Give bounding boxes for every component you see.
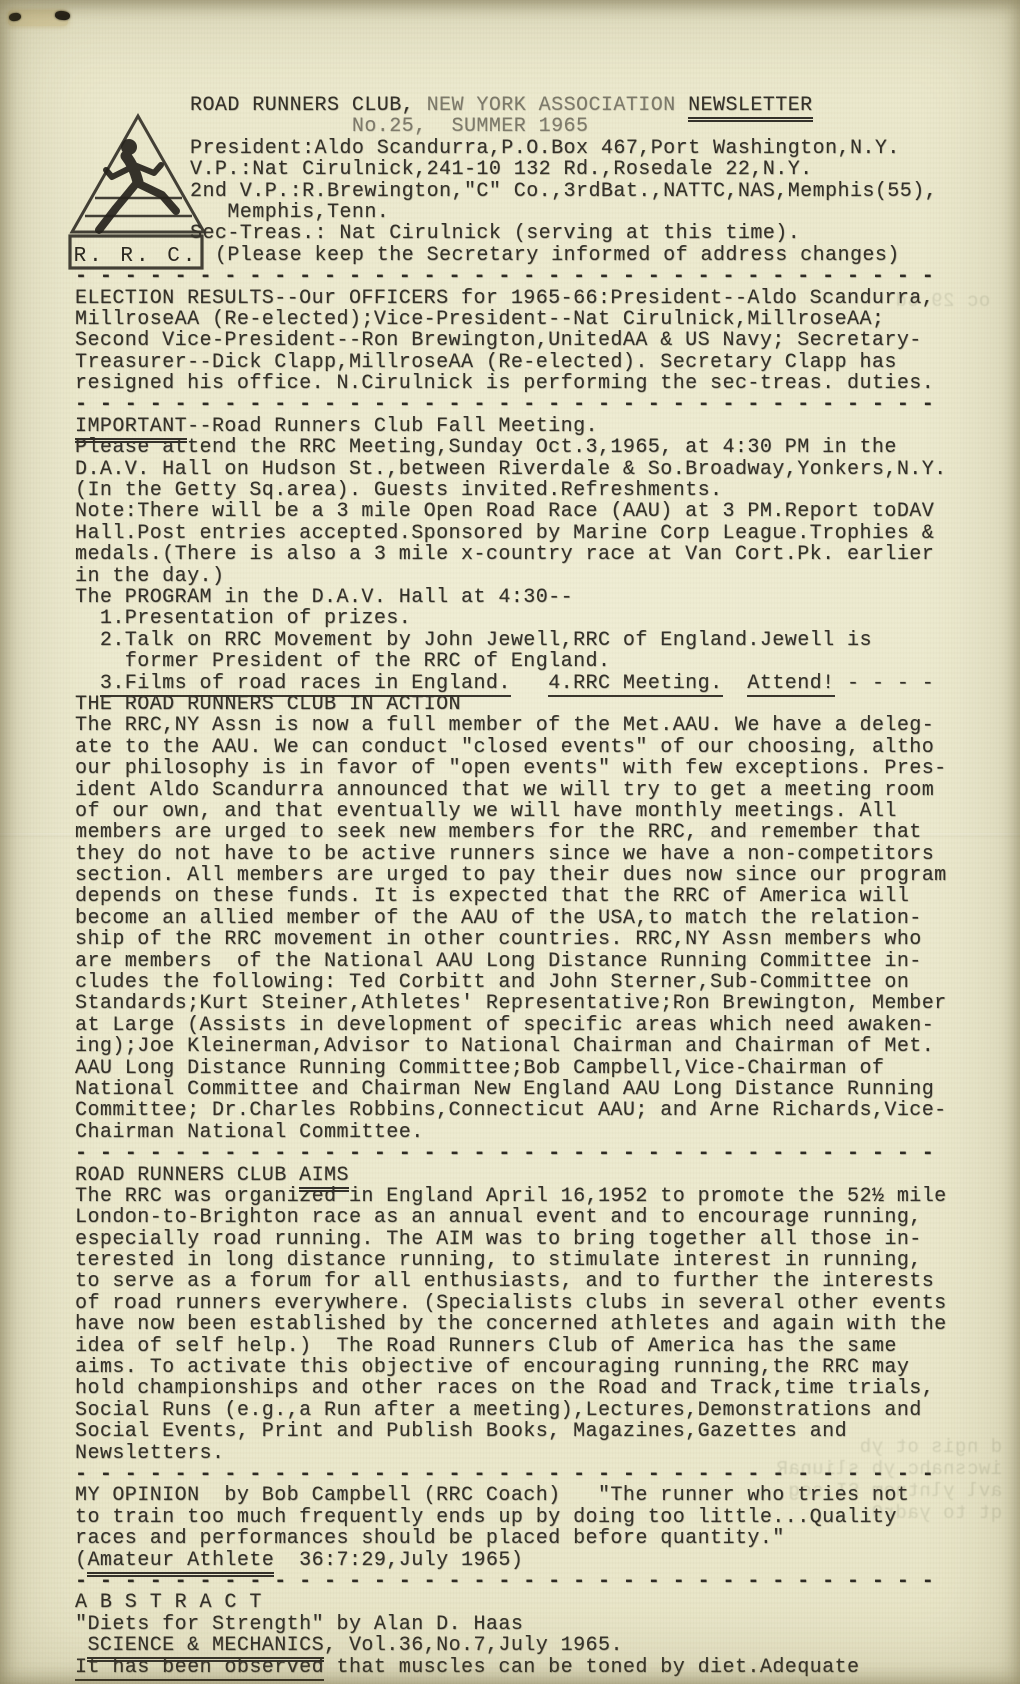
- club-aims-line: hold championships and other races on th…: [75, 1378, 960, 1399]
- club-in-action-line: cludes the following: Ted Corbitt and Jo…: [75, 972, 960, 993]
- fall-meeting-line: Note:There will be a 3 mile Open Road Ra…: [75, 501, 960, 522]
- club-aims-line: especially road running. The AIM was to …: [75, 1229, 960, 1250]
- club-aims-line: Social Runs (e.g.,a Run after a meeting)…: [75, 1400, 960, 1421]
- club-aims-line: The RRC was organized in England April 1…: [75, 1186, 960, 1207]
- club-in-action-line: our philosophy is in favor of "open even…: [75, 758, 960, 779]
- fall-meeting-line: in the day.): [75, 566, 960, 587]
- dashed-separator: - - - - - - - - - - - - - - - - - - - - …: [75, 266, 960, 287]
- club-aims-line: have now been established by the concern…: [75, 1314, 960, 1335]
- club-aims-line: Social Events, Print and Publish Books, …: [75, 1421, 960, 1442]
- club-in-action-line: are members of the National AAU Long Dis…: [75, 951, 960, 972]
- club-in-action-line: of our own, and that eventually we will …: [75, 801, 960, 822]
- my-opinion-line: races and performances should be placed …: [75, 1528, 960, 1549]
- masthead-line: Sec-Treas.: Nat Cirulnick (serving at th…: [190, 223, 960, 244]
- abstract-line: SCIENCE & MECHANICS, Vol.36,No.7,July 19…: [75, 1635, 960, 1656]
- club-in-action-line: THE ROAD RUNNERS CLUB IN ACTION: [75, 694, 960, 715]
- election-results-line: Treasurer--Dick Clapp,MillroseAA (Re-ele…: [75, 352, 960, 373]
- fall-meeting-line: D.A.V. Hall on Hudson St.,between Riverd…: [75, 459, 960, 480]
- club-aims-line: idea of self help.) The Road Runners Clu…: [75, 1336, 960, 1357]
- fall-meeting-line: 3.Films of road races in England. 4.RRC …: [75, 673, 960, 694]
- document-body: ROAD RUNNERS CLUB, NEW YORK ASSOCIATION …: [75, 95, 960, 1678]
- dashed-separator: - - - - - - - - - - - - - - - - - - - - …: [75, 1571, 960, 1592]
- fall-meeting-line: IMPORTANT--Road Runners Club Fall Meetin…: [75, 416, 960, 437]
- club-in-action-line: Standards;Kurt Steiner,Athletes' Represe…: [75, 993, 960, 1014]
- election-results-line: ELECTION RESULTS--Our OFFICERS for 1965-…: [75, 288, 960, 309]
- fall-meeting-line: 2.Talk on RRC Movement by John Jewell,RR…: [75, 630, 960, 651]
- abstract-line: It has been observed that muscles can be…: [75, 1657, 960, 1678]
- dashed-separator: - - - - - - - - - - - - - - - - - - - - …: [75, 1143, 960, 1164]
- club-in-action-line: Chairman National Committee.: [75, 1122, 960, 1143]
- fall-meeting-line: medals.(There is also a 3 mile x-country…: [75, 544, 960, 565]
- club-in-action-line: become an allied member of the AAU of th…: [75, 908, 960, 929]
- club-in-action-line: ate to the AAU. We can conduct "closed e…: [75, 737, 960, 758]
- club-aims-line: terested in long distance running, to st…: [75, 1250, 960, 1271]
- club-in-action-line: at Large (Assists in development of spec…: [75, 1015, 960, 1036]
- election-results-line: Second Vice-President--Ron Brewington,Un…: [75, 330, 960, 351]
- club-aims-line: Newsletters.: [75, 1443, 960, 1464]
- my-opinion-line: (Amateur Athlete 36:7:29,July 1965): [75, 1550, 960, 1571]
- club-aims-line: of road runners everywhere. (Specialists…: [75, 1293, 960, 1314]
- club-in-action-line: depends on these funds. It is expected t…: [75, 886, 960, 907]
- masthead-line: Memphis,Tenn.: [190, 202, 960, 223]
- club-aims-line: London-to-Brighton race as an annual eve…: [75, 1207, 960, 1228]
- masthead-line: 2nd V.P.:R.Brewington,"C" Co.,3rdBat.,NA…: [190, 181, 960, 202]
- club-aims-line: ROAD RUNNERS CLUB AIMS: [75, 1165, 960, 1186]
- dashed-separator: - - - - - - - - - - - - - - - - - - - - …: [75, 394, 960, 415]
- fall-meeting-line: Hall.Post entries accepted.Sponsored by …: [75, 523, 960, 544]
- club-in-action-line: section. All members are urged to pay th…: [75, 865, 960, 886]
- fall-meeting-line: Please attend the RRC Meeting,Sunday Oct…: [75, 437, 960, 458]
- fall-meeting-line: former President of the RRC of England.: [75, 651, 960, 672]
- masthead-line: (Please keep the Secretary informed of a…: [190, 245, 960, 266]
- fall-meeting-line: (In the Getty Sq.area). Guests invited.R…: [75, 480, 960, 501]
- abstract-line: A B S T R A C T: [75, 1592, 960, 1613]
- club-in-action-line: ship of the RRC movement in other countr…: [75, 929, 960, 950]
- club-in-action-line: National Committee and Chairman New Engl…: [75, 1079, 960, 1100]
- election-results-line: MillroseAA (Re-elected);Vice-President--…: [75, 309, 960, 330]
- club-in-action-line: The RRC,NY Assn is now a full member of …: [75, 715, 960, 736]
- club-in-action-line: members are urged to seek new members fo…: [75, 822, 960, 843]
- fall-meeting-line: The PROGRAM in the D.A.V. Hall at 4:30--: [75, 587, 960, 608]
- masthead-line: No.25, SUMMER 1965: [190, 116, 960, 137]
- abstract-line: "Diets for Strength" by Alan D. Haas: [75, 1614, 960, 1635]
- election-results-line: resigned his office. N.Cirulnick is perf…: [75, 373, 960, 394]
- my-opinion-line: MY OPINION by Bob Campbell (RRC Coach) "…: [75, 1485, 960, 1506]
- club-in-action-line: Committee; Dr.Charles Robbins,Connecticu…: [75, 1100, 960, 1121]
- club-in-action-line: AAU Long Distance Running Committee;Bob …: [75, 1058, 960, 1079]
- club-in-action-line: ident Aldo Scandurra announced that we w…: [75, 780, 960, 801]
- club-in-action-line: they do not have to be active runners si…: [75, 844, 960, 865]
- masthead-line: President:Aldo Scandurra,P.O.Box 467,Por…: [190, 138, 960, 159]
- club-aims-line: aims. To activate this objective of enco…: [75, 1357, 960, 1378]
- club-aims-line: to serve as a forum for all enthusiasts,…: [75, 1271, 960, 1292]
- masthead-line: ROAD RUNNERS CLUB, NEW YORK ASSOCIATION …: [190, 95, 960, 116]
- club-in-action-line: ing);Joe Kleinerman,Advisor to National …: [75, 1036, 960, 1057]
- dashed-separator: - - - - - - - - - - - - - - - - - - - - …: [75, 1464, 960, 1485]
- fall-meeting-line: 1.Presentation of prizes.: [75, 608, 960, 629]
- my-opinion-line: to train too much frequently ends up by …: [75, 1507, 960, 1528]
- masthead-line: V.P.:Nat Cirulnick,241-10 132 Rd.,Roseda…: [190, 159, 960, 180]
- newsletter-page: d ngis ot yb iwcsnahc yb sliunaR avl yln…: [0, 0, 1020, 1684]
